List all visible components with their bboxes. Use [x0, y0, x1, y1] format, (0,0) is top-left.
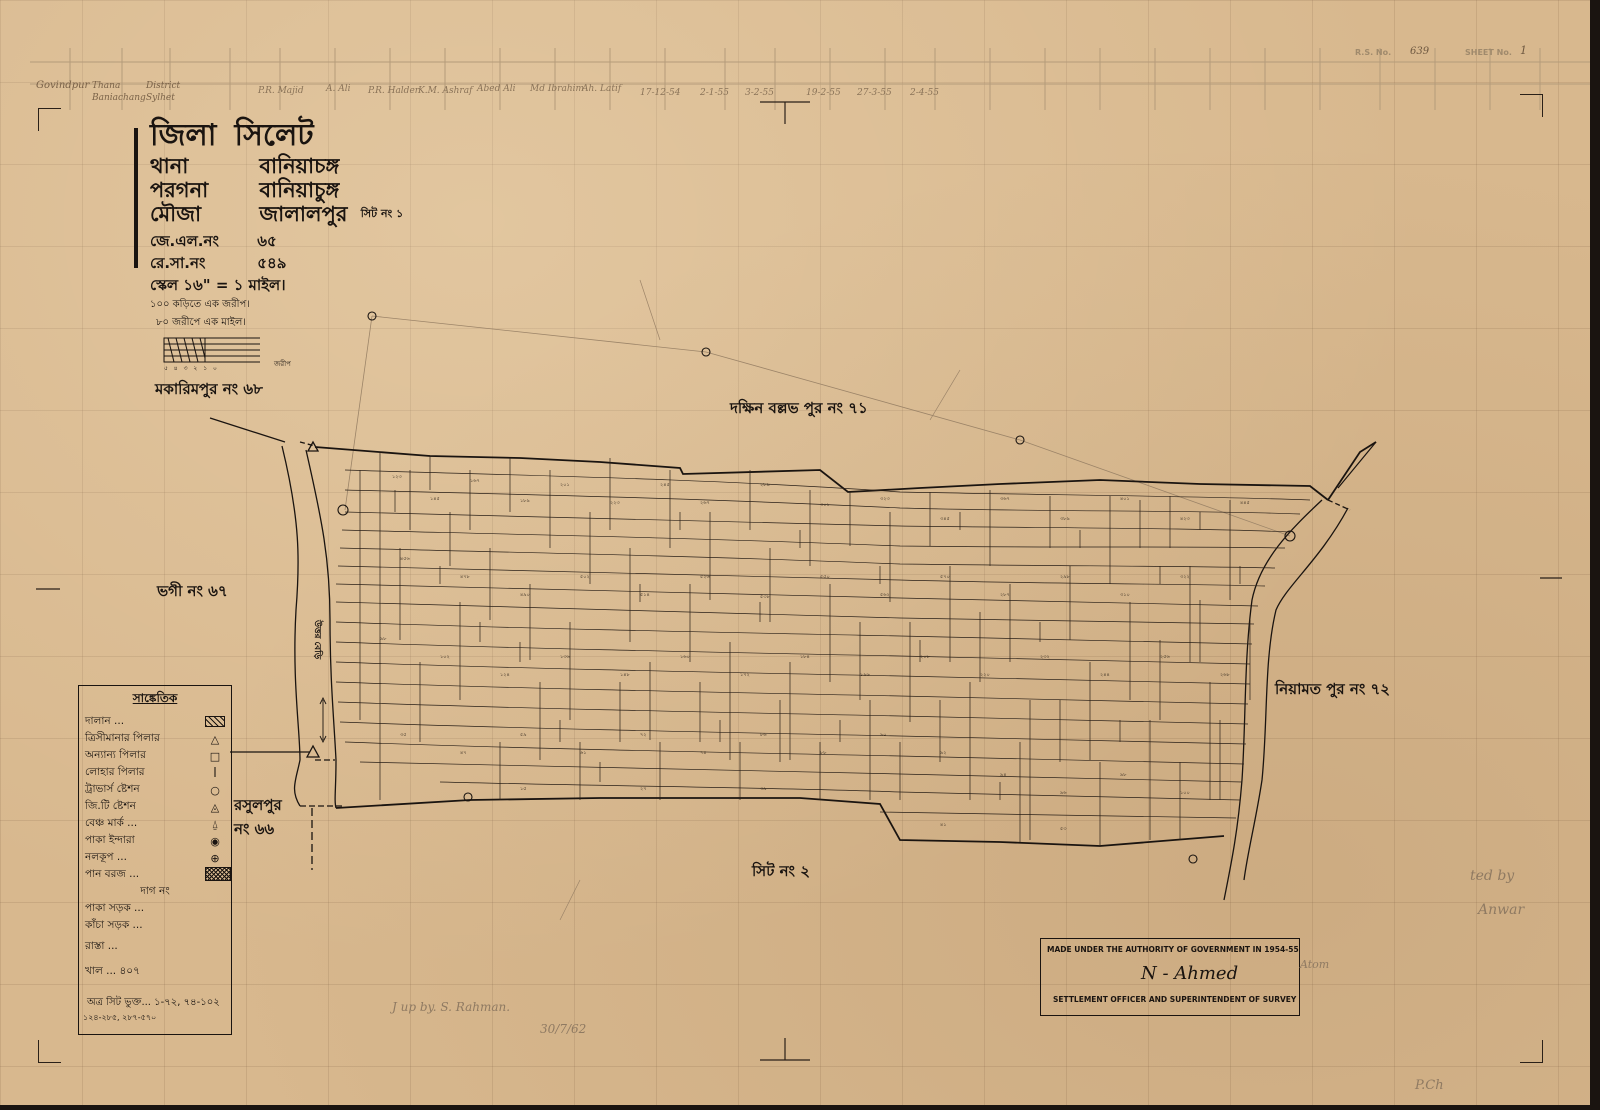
svg-text:১৩৬: ১৩৬ [560, 654, 570, 660]
legend-label: নলকূপ ... [85, 850, 127, 867]
svg-text:৩৮৯: ৩৮৯ [1060, 516, 1070, 522]
neighbour-south: সিট নং ২ [752, 860, 810, 885]
svg-text:২৮৭: ২৮৭ [1000, 592, 1010, 598]
legend-footer-2: ১২৪-২৮৫, ২৮৭-৫৭০ [79, 1012, 231, 1025]
svg-text:৯২: ৯২ [940, 750, 947, 756]
legend-item: জি.টি ষ্টেশন◬ [79, 799, 231, 816]
legend-line-item: পাকা সড়ক ... [79, 901, 231, 918]
legend-label: পাকা ইন্দারা [85, 833, 135, 850]
svg-text:৪৭: ৪৭ [460, 750, 467, 756]
legend-label: খাল ... ৪০৭ [85, 964, 140, 981]
svg-text:৩১০: ৩১০ [1120, 592, 1130, 598]
legend-label: বেঞ্চ মার্ক ... [85, 816, 137, 833]
legend-item: ট্রাভার্স ষ্টেশন○ [79, 782, 231, 799]
legend-item: পান বরজ ... [79, 867, 231, 884]
svg-text:৩৪৫: ৩৪৫ [940, 516, 950, 522]
road-label: উত্তর বেড়ি [310, 620, 325, 659]
svg-text:৭৪: ৭৪ [700, 750, 707, 756]
svg-text:৩৬৭: ৩৬৭ [1000, 496, 1010, 502]
svg-text:৫২৬: ৫২৬ [700, 574, 710, 580]
legend-label: ত্রিসীমানার পিলার [85, 731, 160, 748]
legend-item: দালান ... [79, 714, 231, 731]
svg-text:২২৩: ২২৩ [610, 500, 621, 506]
svg-text:৬১: ৬১ [580, 750, 587, 756]
svg-text:৪৯০: ৪৯০ [520, 592, 530, 598]
svg-text:৪০১: ৪০১ [1120, 496, 1130, 502]
svg-text:১৫: ১৫ [520, 786, 527, 792]
pencil-note: P.Ch [1415, 1078, 1444, 1093]
svg-text:১৮৯: ১৮৯ [520, 498, 530, 504]
svg-text:১৯৬: ১৯৬ [860, 672, 870, 678]
svg-text:৯৪: ৯৪ [1000, 772, 1007, 778]
legend-line-item: রাস্তা ... [79, 939, 231, 956]
other-pillar-icon: □ [205, 750, 225, 763]
pencil-note: Atom [1300, 958, 1329, 971]
legend-label: রাস্তা ... [85, 939, 118, 956]
legend-item: পাকা ইন্দারা◉ [79, 833, 231, 850]
svg-text:২৪৪: ২৪৪ [1100, 672, 1110, 678]
legend-label: দালান ... [85, 714, 124, 731]
svg-text:১৬০: ১৬০ [680, 654, 690, 660]
pencil-note-date: 30/7/62 [540, 1022, 586, 1036]
legend-label: পান বরজ ... [85, 867, 139, 884]
legend-label: কাঁচা সড়ক ... [85, 918, 143, 935]
svg-text:৫৬২: ৫৬২ [880, 592, 890, 598]
neighbour-east: নিয়ামত পুর নং ৭২ [1275, 678, 1390, 703]
legend-item: অন্যান্য পিলার□ [79, 748, 231, 765]
svg-text:২৫৬: ২৫৬ [1160, 654, 1170, 660]
svg-text:১০০: ১০০ [1180, 790, 1190, 796]
legend-label: লোহার পিলার [85, 765, 145, 782]
svg-text:৫১৪: ৫১৪ [640, 592, 650, 598]
svg-text:৩৯: ৩৯ [760, 786, 767, 792]
neighbour-north-west: মকারিমপুর নং ৬৮ [155, 378, 263, 403]
svg-text:২০১: ২০১ [560, 482, 570, 488]
neighbour-south-west-no: নং ৬৬ [234, 818, 274, 843]
svg-text:৩৫: ৩৫ [400, 732, 407, 738]
svg-text:১৮৪: ১৮৪ [800, 654, 810, 660]
legend-item: বেঞ্চ মার্ক ...⍙ [79, 816, 231, 833]
legend-footer-1: অত্র সিট ভুক্ত... ১-৭২, ৭৪-১০২ [79, 981, 231, 1012]
svg-text:২৬৭: ২৬৭ [700, 500, 710, 506]
dag-label: দাগ নং [140, 884, 170, 901]
svg-text:৪১: ৪১ [940, 822, 947, 828]
legend-line-item: খাল ... ৪০৭ [79, 964, 231, 981]
svg-text:৯৬: ৯৬ [1060, 790, 1067, 796]
neighbour-north: দক্ষিন বল্লভ পুর নং ৭১ [730, 397, 868, 422]
legend-box: সাঙ্কেতিক দালান ... ত্রিসীমানার পিলার△ অ… [78, 685, 232, 1035]
svg-text:৪৫৬: ৪৫৬ [400, 556, 410, 562]
svg-text:৯৮: ৯৮ [1120, 772, 1127, 778]
svg-text:২২০: ২২০ [980, 672, 990, 678]
iron-pillar-icon: ꟾ [205, 767, 225, 780]
svg-text:২৯৮: ২৯৮ [1060, 574, 1070, 580]
legend-item: নলকূপ ...⊕ [79, 850, 231, 867]
svg-text:৫৩: ৫৩ [1060, 826, 1067, 832]
svg-text:২৭: ২৭ [640, 786, 647, 792]
legend-label: ট্রাভার্স ষ্টেশন [85, 782, 140, 799]
svg-text:৯৮: ৯৮ [380, 636, 387, 642]
svg-text:২০৮: ২০৮ [920, 654, 931, 660]
pencil-note: Anwar [1478, 902, 1524, 918]
svg-text:৭২: ৭২ [640, 732, 647, 738]
pencil-note: J up by. S. Rahman. [392, 1000, 510, 1014]
legend-label: অন্যান্য পিলার [85, 748, 146, 765]
svg-text:১৪৮: ১৪৮ [620, 672, 630, 678]
legend-line-item: কাঁচা সড়ক ... [79, 918, 231, 935]
traverse-station-icon: ○ [205, 784, 225, 797]
svg-text:১৬৭: ১৬৭ [470, 478, 480, 484]
building-hatch-icon [205, 716, 225, 727]
svg-text:৯০: ৯০ [880, 732, 887, 738]
svg-text:২৩২: ২৩২ [1040, 654, 1050, 660]
tri-junction-pillar-icon: △ [205, 733, 225, 746]
legend-label: জি.টি ষ্টেশন [85, 799, 136, 816]
svg-text:৩২২: ৩২২ [1180, 574, 1190, 580]
svg-text:৫৯: ৫৯ [520, 732, 527, 738]
legend-item: ত্রিসীমানার পিলার△ [79, 731, 231, 748]
pencil-note: ted by [1470, 868, 1514, 884]
svg-text:৪৭৮: ৪৭৮ [460, 574, 470, 580]
tube-well-icon: ⊕ [205, 852, 225, 865]
svg-text:১০২: ১০২ [440, 654, 450, 660]
svg-text:৫৭০: ৫৭০ [940, 574, 950, 580]
svg-text:১৪৫: ১৪৫ [430, 496, 440, 502]
gt-station-icon: ◬ [205, 801, 225, 814]
legend-label: পাকা সড়ক ... [85, 901, 144, 918]
stamp-authority-line: MADE UNDER THE AUTHORITY OF GOVERNMENT I… [1047, 945, 1299, 954]
svg-text:১২৪: ১২৪ [500, 672, 510, 678]
legend-dag: দাগ নং [79, 884, 231, 901]
neighbour-south-west: রসুলপুর [234, 794, 282, 819]
svg-text:৪২৩: ৪২৩ [1180, 516, 1190, 522]
svg-text:৪৪৫: ৪৪৫ [1240, 500, 1250, 506]
cadastral-map-sheet: Govindpur Thana Baniachang District Sylh… [0, 0, 1590, 1105]
stamp-signature: N - Ahmed [1141, 963, 1238, 984]
svg-text:৩২৩: ৩২৩ [880, 496, 891, 502]
svg-text:১২৩: ১২৩ [392, 474, 402, 480]
authority-stamp: MADE UNDER THE AUTHORITY OF GOVERNMENT I… [1040, 938, 1300, 1016]
svg-text:২৮৯: ২৮৯ [760, 482, 770, 488]
betel-garden-icon [205, 867, 231, 881]
svg-text:৫৩৮: ৫৩৮ [760, 594, 770, 600]
stamp-officer-line: SETTLEMENT OFFICER AND SUPERINTENDENT OF… [1053, 995, 1296, 1004]
legend-title: সাঙ্কেতিক [79, 690, 231, 710]
bench-mark-icon: ⍙ [205, 818, 225, 832]
mouza-parcel-map: ১২৩১৪৫১৬৭১৮৯২০১২২৩২৪৫২৬৭২৮৯৩০১৩২৩৩৪৫৩৬৭৩… [0, 0, 1600, 1110]
legend-item: লোহার পিলারꟾ [79, 765, 231, 782]
svg-text:৩০১: ৩০১ [820, 502, 830, 508]
svg-text:২৬৮: ২৬৮ [1220, 672, 1231, 678]
svg-text:১৭২: ১৭২ [740, 672, 750, 678]
svg-text:৫০২: ৫০২ [580, 574, 590, 580]
svg-text:২৪৫: ২৪৫ [660, 482, 670, 488]
svg-text:৮৬: ৮৬ [760, 732, 767, 738]
parcel-lines [336, 470, 1310, 818]
neighbour-west: ভগী নং ৬৭ [157, 580, 228, 605]
svg-text:৫৫০: ৫৫০ [820, 574, 830, 580]
svg-text:৮৮: ৮৮ [820, 750, 827, 756]
masonry-well-icon: ◉ [205, 835, 225, 848]
